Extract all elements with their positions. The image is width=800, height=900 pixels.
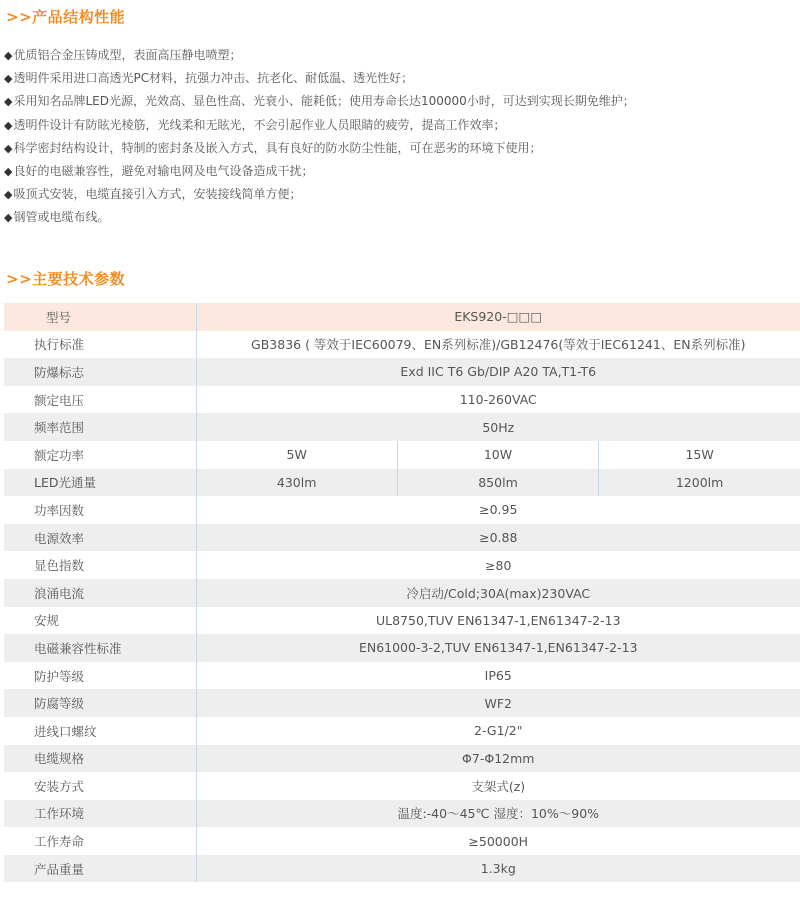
- table-row: 浪涌电流 冷启动/Cold;30A(max)230VAC: [4, 579, 800, 607]
- feature-item: ◆良好的电磁兼容性，避免对输电网及电气设备造成干扰；: [4, 160, 635, 183]
- row-label: 防爆标志: [4, 358, 196, 386]
- diamond-bullet-icon: ◆: [4, 188, 12, 201]
- feature-item: ◆吸顶式安装，电缆直接引入方式，安装接线简单方便；: [4, 183, 635, 206]
- row-value: Φ7-Φ12mm: [196, 745, 800, 773]
- table-row: 产品重量 1.3kg: [4, 855, 800, 883]
- row-label: LED光通量: [4, 469, 196, 497]
- feature-item: ◆科学密封结构设计，特制的密封条及嵌入方式，具有良好的防水防尘性能，可在恶劣的环…: [4, 137, 635, 160]
- row-value: EN61000-3-2,TUV EN61347-1,EN61347-2-13: [196, 634, 800, 662]
- diamond-bullet-icon: ◆: [4, 95, 12, 108]
- power-15w: 15W: [599, 441, 800, 469]
- row-value: WF2: [196, 689, 800, 717]
- row-value: 110-260VAC: [196, 386, 800, 414]
- row-label: 进线口螺纹: [4, 717, 196, 745]
- table-row: 显色指数 ≥80: [4, 551, 800, 579]
- row-value: ≥0.88: [196, 524, 800, 552]
- row-value: 2-G1/2": [196, 717, 800, 745]
- row-label: 额定电压: [4, 386, 196, 414]
- model-value: EKS920-□□□: [196, 303, 800, 331]
- model-label: 型号: [4, 303, 196, 331]
- row-label: 安装方式: [4, 772, 196, 800]
- row-label: 产品重量: [4, 855, 196, 883]
- row-value: 1.3kg: [196, 855, 800, 883]
- features-section-title: >>产品结构性能: [6, 6, 125, 27]
- flux-1200: 1200lm: [599, 469, 800, 497]
- row-label: 工作环境: [4, 800, 196, 828]
- table-row: 防腐等级 WF2: [4, 689, 800, 717]
- table-row: 电磁兼容性标准 EN61000-3-2,TUV EN61347-1,EN6134…: [4, 634, 800, 662]
- row-value: 温度:-40～45℃ 湿度：10%～90%: [196, 800, 800, 828]
- diamond-bullet-icon: ◆: [4, 72, 12, 85]
- table-row: 安装方式 支架式(z): [4, 772, 800, 800]
- row-label: 安规: [4, 607, 196, 635]
- row-value: 冷启动/Cold;30A(max)230VAC: [196, 579, 800, 607]
- specs-section-title: >>主要技术参数: [6, 268, 125, 289]
- feature-text: 透明件设计有防眩光棱筋，光线柔和无眩光，不会引起作业人员眼睛的疲劳，提高工作效率…: [13, 118, 505, 132]
- row-label: 浪涌电流: [4, 579, 196, 607]
- diamond-bullet-icon: ◆: [4, 142, 12, 155]
- power-5w: 5W: [196, 441, 397, 469]
- row-label: 执行标准: [4, 331, 196, 359]
- row-label: 防护等级: [4, 662, 196, 690]
- table-row-flux: LED光通量 430lm 850lm 1200lm: [4, 469, 800, 497]
- feature-item: ◆钢管或电缆布线。: [4, 206, 635, 229]
- feature-text: 良好的电磁兼容性，避免对输电网及电气设备造成干扰；: [13, 164, 313, 178]
- table-row: 功率因数 ≥0.95: [4, 496, 800, 524]
- row-label: 额定功率: [4, 441, 196, 469]
- row-value: ≥50000H: [196, 827, 800, 855]
- row-value: 50Hz: [196, 413, 800, 441]
- diamond-bullet-icon: ◆: [4, 211, 12, 224]
- feature-item: ◆透明件采用进口高透光PC材料，抗强力冲击、抗老化、耐低温、透光性好；: [4, 67, 635, 90]
- feature-text: 吸顶式安装，电缆直接引入方式，安装接线简单方便；: [13, 187, 301, 201]
- row-label: 显色指数: [4, 551, 196, 579]
- feature-text: 优质铝合金压铸成型，表面高压静电喷塑；: [13, 48, 241, 62]
- row-value: 支架式(z): [196, 772, 800, 800]
- table-row: 执行标准 GB3836 ( 等效于IEC60079、EN系列标准)/GB1247…: [4, 331, 800, 359]
- row-value: ≥80: [196, 551, 800, 579]
- row-value: IP65: [196, 662, 800, 690]
- table-row: 安规 UL8750,TUV EN61347-1,EN61347-2-13: [4, 607, 800, 635]
- spec-table: 型号 EKS920-□□□ 执行标准 GB3836 ( 等效于IEC60079、…: [4, 303, 800, 882]
- table-row-power: 额定功率 5W 10W 15W: [4, 441, 800, 469]
- feature-item: ◆透明件设计有防眩光棱筋，光线柔和无眩光，不会引起作业人员眼睛的疲劳，提高工作效…: [4, 114, 635, 137]
- row-label: 电缆规格: [4, 745, 196, 773]
- row-value: GB3836 ( 等效于IEC60079、EN系列标准)/GB12476(等效于…: [196, 331, 800, 359]
- row-label: 电磁兼容性标准: [4, 634, 196, 662]
- flux-850: 850lm: [397, 469, 598, 497]
- feature-text: 钢管或电缆布线。: [13, 210, 109, 224]
- table-row: 频率范围 50Hz: [4, 413, 800, 441]
- table-header-row: 型号 EKS920-□□□: [4, 303, 800, 331]
- row-label: 工作寿命: [4, 827, 196, 855]
- power-10w: 10W: [397, 441, 598, 469]
- table-row: 电源效率 ≥0.88: [4, 524, 800, 552]
- feature-text: 透明件采用进口高透光PC材料，抗强力冲击、抗老化、耐低温、透光性好；: [13, 71, 413, 85]
- feature-item: ◆采用知名品牌LED光源，光效高、显色性高、光衰小、能耗低；使用寿命长达1000…: [4, 90, 635, 113]
- diamond-bullet-icon: ◆: [4, 119, 12, 132]
- row-label: 功率因数: [4, 496, 196, 524]
- flux-430: 430lm: [196, 469, 397, 497]
- row-label: 频率范围: [4, 413, 196, 441]
- row-value: UL8750,TUV EN61347-1,EN61347-2-13: [196, 607, 800, 635]
- feature-text: 采用知名品牌LED光源，光效高、显色性高、光衰小、能耗低；使用寿命长达10000…: [13, 94, 634, 108]
- table-row: 防爆标志 Exd IIC T6 Gb/DIP A20 TA,T1-T6: [4, 358, 800, 386]
- diamond-bullet-icon: ◆: [4, 49, 12, 62]
- diamond-bullet-icon: ◆: [4, 165, 12, 178]
- feature-text: 科学密封结构设计，特制的密封条及嵌入方式，具有良好的防水防尘性能，可在恶劣的环境…: [13, 141, 541, 155]
- feature-item: ◆优质铝合金压铸成型，表面高压静电喷塑；: [4, 44, 635, 67]
- table-row: 工作环境 温度:-40～45℃ 湿度：10%～90%: [4, 800, 800, 828]
- features-list: ◆优质铝合金压铸成型，表面高压静电喷塑； ◆透明件采用进口高透光PC材料，抗强力…: [4, 44, 635, 230]
- table-row: 工作寿命 ≥50000H: [4, 827, 800, 855]
- row-value: Exd IIC T6 Gb/DIP A20 TA,T1-T6: [196, 358, 800, 386]
- table-row: 进线口螺纹 2-G1/2": [4, 717, 800, 745]
- table-row: 电缆规格 Φ7-Φ12mm: [4, 745, 800, 773]
- row-label: 防腐等级: [4, 689, 196, 717]
- table-row: 防护等级 IP65: [4, 662, 800, 690]
- row-value: ≥0.95: [196, 496, 800, 524]
- row-label: 电源效率: [4, 524, 196, 552]
- table-row: 额定电压 110-260VAC: [4, 386, 800, 414]
